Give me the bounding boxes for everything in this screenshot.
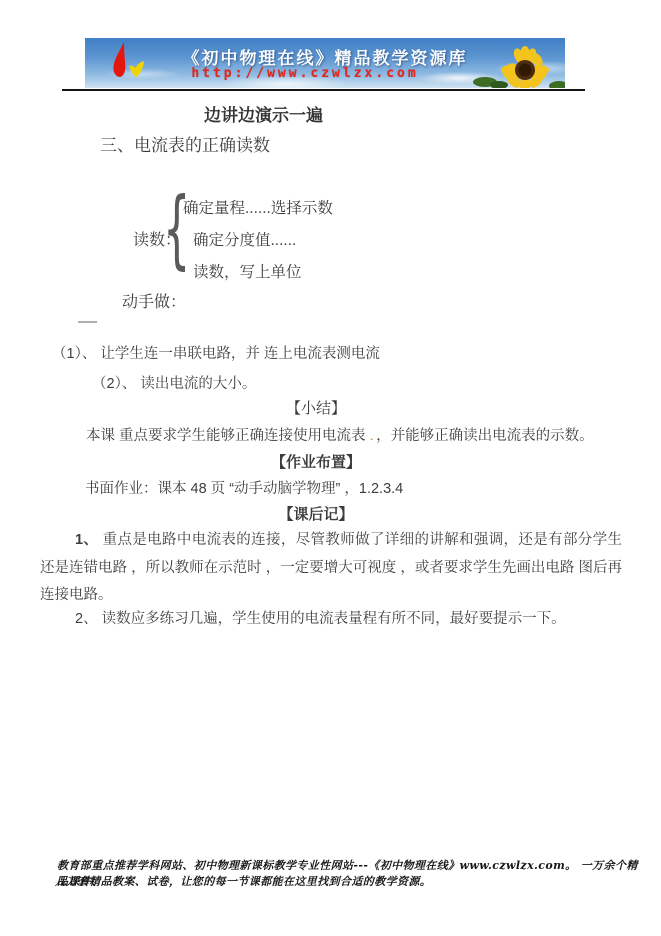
- reading-item: 读数，写上单位: [193, 260, 302, 282]
- review-heading: 【课后记】: [0, 503, 632, 524]
- sunflower-icon: [473, 46, 565, 88]
- review-note-1-text: 重点是电路中电流表的连接，尽管教师做了详细的讲解和强调，还是有部分学生还是连错电…: [40, 532, 622, 603]
- review-note-1-number: 1、: [75, 532, 98, 548]
- reading-item: 确定分度值......: [193, 228, 296, 250]
- section-heading: 三、电流表的正确读数: [100, 131, 270, 156]
- homework-heading: 【作业布置】: [0, 451, 632, 472]
- reading-item: 确定量程......选择示数: [183, 196, 333, 218]
- summary-text: 本课 重点要求学生能够正确连接使用电流表 ．，并能够正确读出电流表的示数。: [86, 424, 594, 445]
- review-note-2: 2、 读数应多练习几遍，学生使用的电流表量程有所不同，最好要提示一下。: [40, 606, 622, 634]
- separator-dash: [78, 321, 97, 323]
- summary-text-before: 本课 重点要求学生能够正确连接使用电流表: [86, 428, 370, 444]
- review-note-1: 1、 重点是电路中电流表的连接，尽管教师做了详细的讲解和强调，还是有部分学生还是…: [40, 527, 622, 610]
- summary-text-after: ，并能够正确读出电流表的示数。: [376, 428, 594, 444]
- step-item: （1）、 让学生连一串联电路，并 连上电流表测电流: [52, 342, 380, 363]
- site-banner: 《初中物理在线》精品教学资源库 http://www.czwlzx.com: [85, 38, 565, 88]
- hands-on-label: 动手做：: [122, 289, 186, 312]
- page-title: 边讲边演示一遍: [204, 101, 323, 126]
- homework-text: 书面作业：课本 48 页 “动手动脑学物理” ，1.2.3.4: [85, 477, 403, 498]
- document-page: 《初中物理在线》精品教学资源库 http://www.czwlzx.com: [0, 0, 661, 936]
- footer-line: 几万套精品教案、试卷，让您的每一节课都能在这里找到合适的教学资源。: [55, 873, 645, 889]
- step-item: （2）、 读出电流的大小。: [92, 372, 256, 393]
- banner-underline: [62, 89, 585, 91]
- summary-heading: 【小结】: [0, 397, 632, 418]
- banner-site-url[interactable]: http://www.czwlzx.com: [85, 66, 525, 81]
